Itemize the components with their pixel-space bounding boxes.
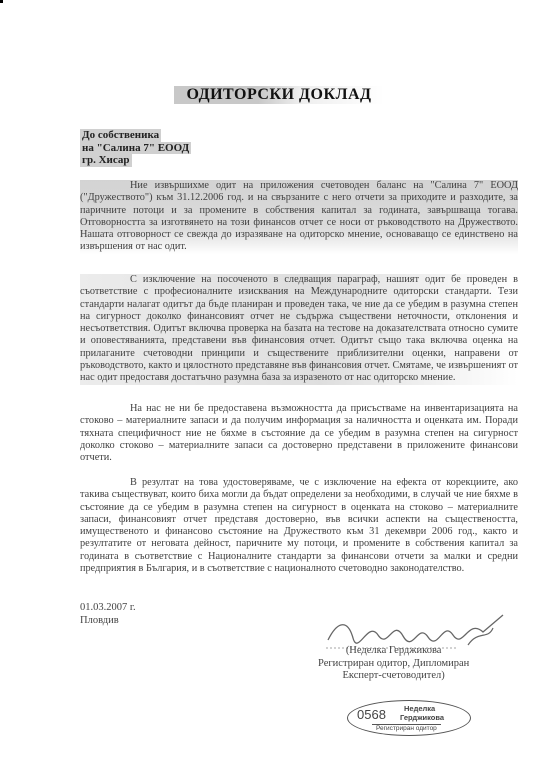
paragraph-text: Ние извършихме одит на приложения счетов…: [80, 180, 518, 252]
paragraph-text: В резултат на това удостоверяваме, че с …: [80, 477, 518, 574]
addressee-block: До собственика на "Салина 7" ЕООД гр. Хи…: [80, 129, 191, 167]
report-date: 01.03.2007 г.: [80, 602, 136, 615]
signatory-line: (Неделка Герджикова: [318, 645, 469, 658]
addressee-line: на "Салина 7" ЕООД: [80, 142, 191, 155]
addressee-line: До собственика: [80, 129, 161, 142]
addressee-line: гр. Хисар: [80, 154, 132, 167]
stamp-surname: Герджикова: [400, 713, 444, 722]
signatory-line: Експерт-счетоводител): [318, 670, 469, 683]
date-place-block: 01.03.2007 г. Пловдив: [80, 602, 136, 627]
paragraph-opinion: В резултат на това удостоверяваме, че с …: [80, 477, 518, 575]
paragraph-text: С изключение на посоченото в следващия п…: [80, 274, 518, 383]
signatory-line: Регистриран одитор, Дипломиран: [318, 658, 469, 671]
auditor-stamp: 0568 Неделка Герджикова Регистриран одит…: [347, 700, 471, 736]
report-place: Пловдив: [80, 615, 136, 628]
stamp-name: Неделка: [404, 704, 435, 713]
paragraph-qualification: На нас не ни бе предоставена възможностт…: [80, 403, 518, 464]
document-title: ОДИТОРСКИ ДОКЛАД: [174, 86, 384, 104]
audit-report-page: ОДИТОРСКИ ДОКЛАД До собственика на "Сали…: [0, 0, 555, 765]
paragraph-text: На нас не ни бе предоставена възможностт…: [80, 403, 518, 463]
paragraph-scope: Ние извършихме одит на приложения счетов…: [80, 180, 518, 254]
stamp-number: 0568: [357, 707, 386, 722]
signatory-block: (Неделка Герджикова Регистриран одитор, …: [318, 645, 469, 683]
paragraph-basis: С изключение на посоченото в следващия п…: [80, 274, 518, 385]
stamp-caption: Регистриран одитор: [372, 724, 441, 732]
